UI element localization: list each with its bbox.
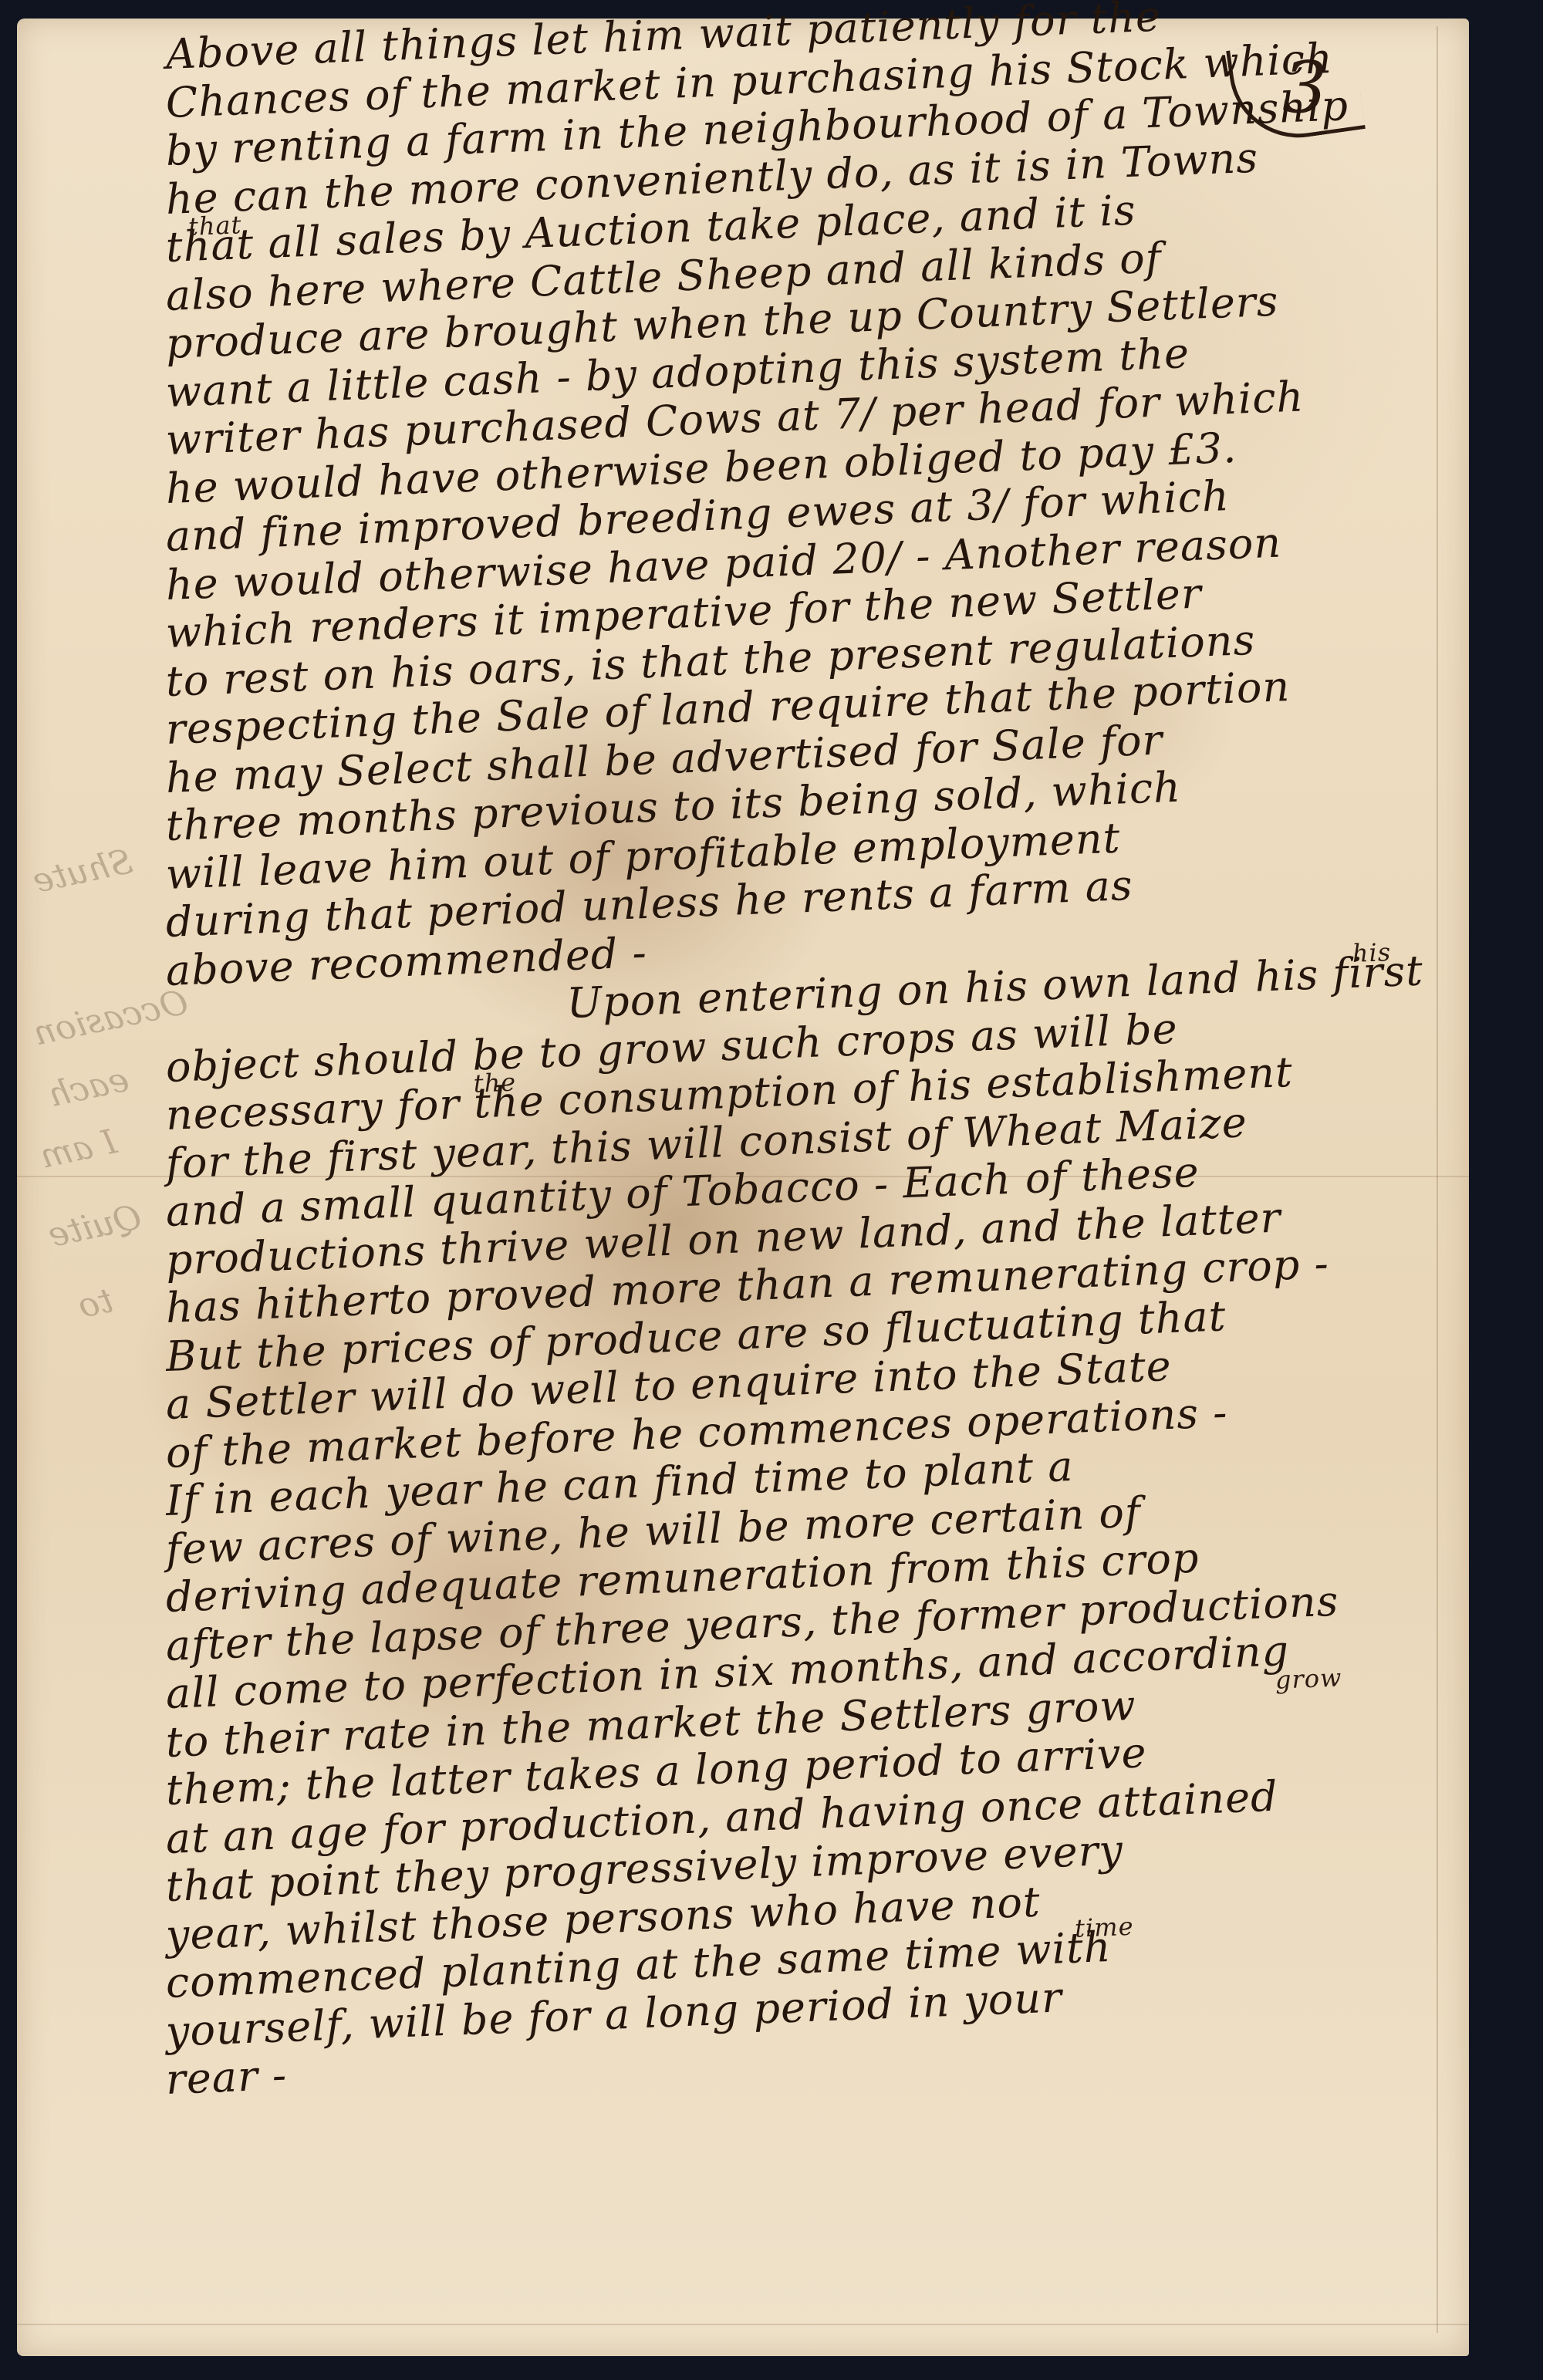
paper-bottom-edge (17, 2324, 1469, 2325)
margin-bleedthrough: Quite (45, 1197, 145, 1255)
margin-bleedthrough: to (75, 1281, 116, 1326)
interlinear-insertion: time (1074, 1902, 1135, 1953)
margin-bleedthrough: I am (37, 1122, 120, 1176)
interlinear-insertion: grow (1275, 1653, 1343, 1704)
interlinear-insertion: that (187, 201, 243, 251)
interlinear-insertion: the (473, 1058, 518, 1109)
manuscript-text: Above all things let him wait patiently … (166, 31, 1447, 2105)
margin-bleedthrough: Shute (29, 842, 136, 901)
margin-bleedthrough: each (45, 1060, 133, 1116)
interlinear-insertion: his (1352, 928, 1393, 977)
